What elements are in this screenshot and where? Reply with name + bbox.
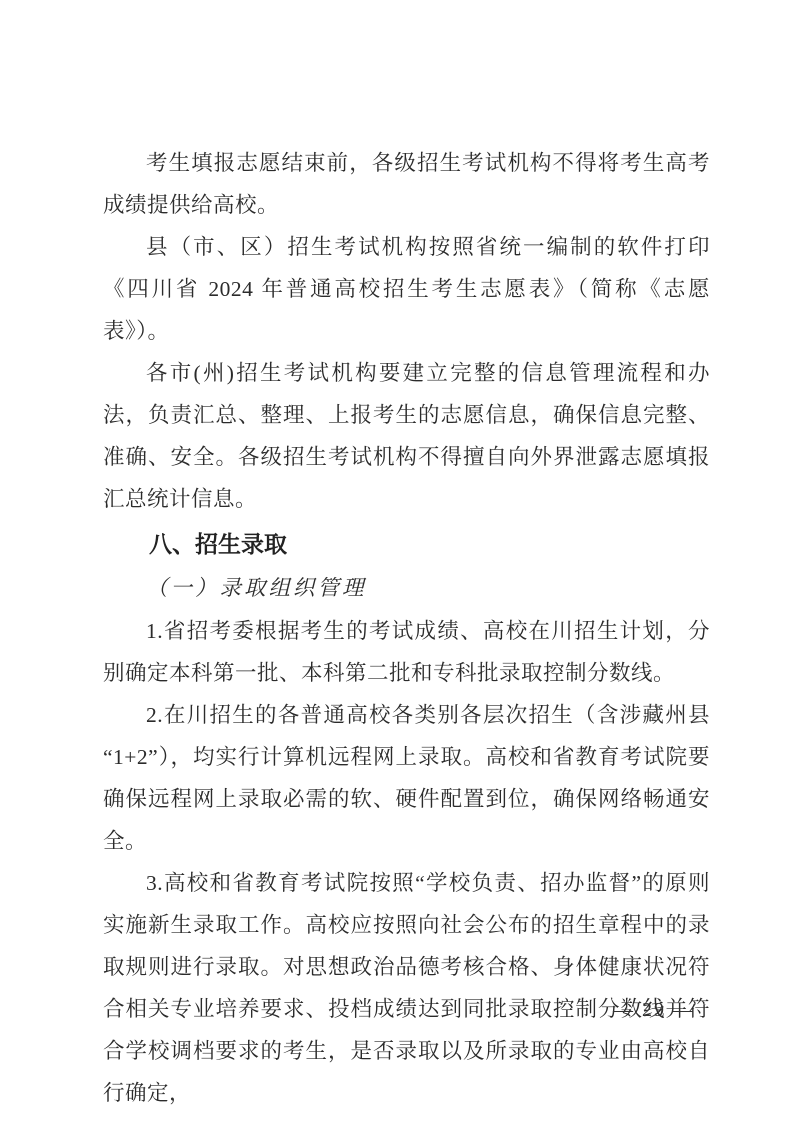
paragraph-item-3-school-responsibility: 3.高校和省教育考试院按照“学校负责、招办监督”的原则实施新生录取工作。高校应按… xyxy=(103,862,710,1114)
paragraph-volunteer-deadline: 考生填报志愿结束前，各级招生考试机构不得将考生高考成绩提供给高校。 xyxy=(103,142,710,226)
page-number: — 29 — xyxy=(613,996,695,1024)
paragraph-item-2-remote-admission: 2.在川招生的各普通高校各类别各层次招生（含涉藏州县“1+2”），均实行计算机远… xyxy=(103,694,710,862)
subsection-heading-admission-org: （一）录取组织管理 xyxy=(103,566,710,610)
section-heading-admission: 八、招生录取 xyxy=(103,522,710,566)
document-content: 考生填报志愿结束前，各级招生考试机构不得将考生高考成绩提供给高校。 县（市、区）… xyxy=(103,142,710,1114)
paragraph-info-management: 各市(州)招生考试机构要建立完整的信息管理流程和办法，负责汇总、整理、上报考生的… xyxy=(103,352,710,520)
paragraph-county-print-form: 县（市、区）招生考试机构按照省统一编制的软件打印《四川省 2024 年普通高校招… xyxy=(103,226,710,352)
document-page: 考生填报志愿结束前，各级招生考试机构不得将考生高考成绩提供给高校。 县（市、区）… xyxy=(0,0,794,1123)
paragraph-item-1-score-lines: 1.省招考委根据考生的考试成绩、高校在川招生计划，分别确定本科第一批、本科第二批… xyxy=(103,610,710,694)
